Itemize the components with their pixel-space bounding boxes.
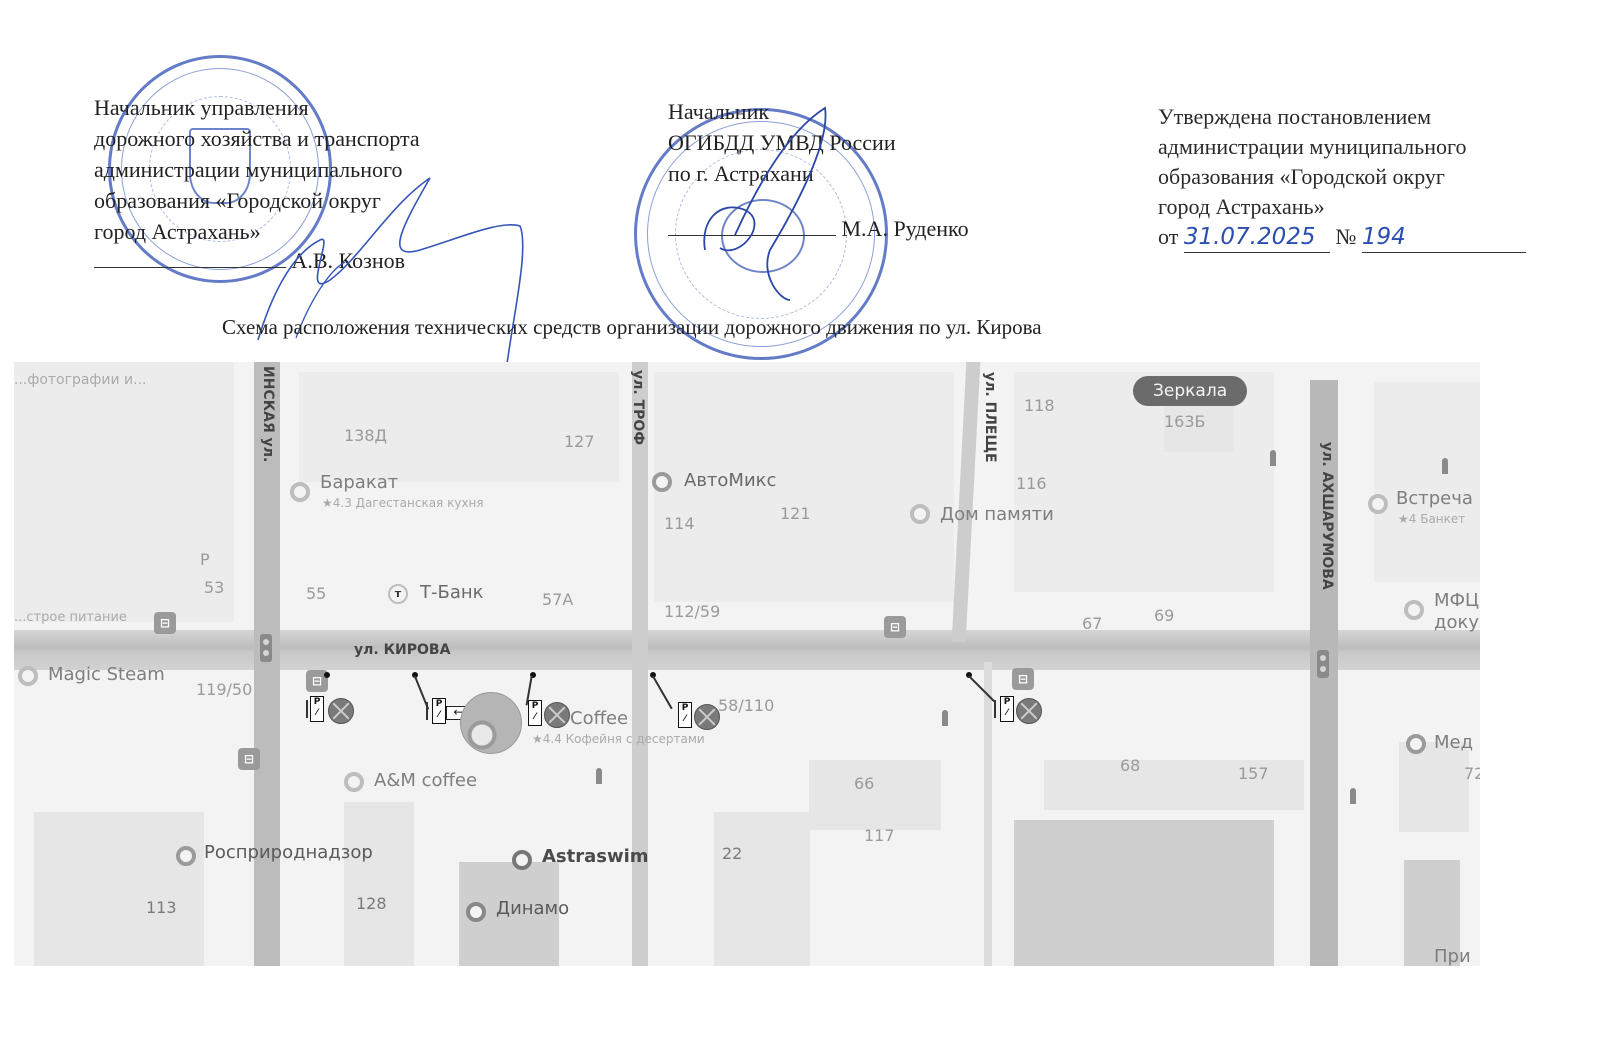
approval-line: образования «Городской округ bbox=[94, 185, 420, 216]
sign-group-3[interactable]: P⁄ bbox=[514, 670, 584, 720]
parking-sign-icon: P⁄ bbox=[528, 700, 542, 726]
barrier-icon bbox=[1350, 788, 1356, 804]
poi-vstrecha-rating: ★4 Банкет bbox=[1398, 512, 1465, 526]
sign-leader-line bbox=[652, 675, 672, 709]
poi-rosprirodnadzor[interactable]: Росприроднадзор bbox=[204, 842, 373, 863]
poi-am-coffee[interactable]: A&M coffee bbox=[374, 770, 477, 791]
house-number: 66 bbox=[854, 774, 874, 793]
cafe-icon[interactable] bbox=[344, 772, 364, 792]
no-parking-sign-icon bbox=[544, 702, 570, 728]
house-number: 127 bbox=[564, 432, 595, 451]
house-number: 117 bbox=[864, 826, 895, 845]
street-label-pleshe: ул. ПЛЕЩЕ bbox=[982, 372, 998, 463]
sign-location-pin bbox=[324, 672, 330, 678]
poi-magic-steam[interactable]: Magic Steam bbox=[48, 664, 165, 685]
memorial-icon[interactable] bbox=[910, 504, 930, 524]
government-icon[interactable] bbox=[1404, 600, 1424, 620]
approval-line: город Астрахань» bbox=[1158, 192, 1526, 222]
house-number: 114 bbox=[664, 514, 695, 533]
laundry-icon[interactable] bbox=[18, 666, 38, 686]
building bbox=[1399, 742, 1469, 832]
resolution-date: 31.07.2025 bbox=[1184, 222, 1330, 253]
car-service-icon[interactable] bbox=[652, 472, 672, 492]
bus-stop-icon[interactable]: ⊟ bbox=[154, 612, 176, 634]
building bbox=[1374, 382, 1480, 582]
house-number: 128 bbox=[356, 894, 387, 913]
traffic-light-icon[interactable] bbox=[1317, 650, 1329, 678]
medical-icon[interactable] bbox=[1406, 734, 1426, 754]
house-number: 69 bbox=[1154, 606, 1174, 625]
parking-sign-icon: P⁄ bbox=[1000, 696, 1014, 722]
edge-text: ...строе питание bbox=[14, 610, 127, 625]
number-prefix: № bbox=[1335, 224, 1356, 249]
house-number: 113 bbox=[146, 898, 177, 917]
house-number: 121 bbox=[780, 504, 811, 523]
signer-name: А.В. Кознов bbox=[292, 248, 406, 273]
approval-line: образования «Городской округ bbox=[1158, 162, 1526, 192]
mirrors-badge[interactable]: Зеркала bbox=[1133, 376, 1247, 406]
house-number: 55 bbox=[306, 584, 326, 603]
house-number: 118 bbox=[1024, 396, 1055, 415]
signer-name: М.А. Руденко bbox=[842, 216, 969, 241]
approval-line: Начальник bbox=[668, 96, 969, 127]
barrier-icon bbox=[1442, 458, 1448, 474]
approval-line: администрации муниципального bbox=[1158, 132, 1526, 162]
street-label-trof: ул. ТРОФ bbox=[630, 370, 646, 445]
poi-vstrecha[interactable]: Встреча bbox=[1396, 488, 1473, 509]
house-number: 138Д bbox=[344, 426, 387, 445]
sign-post bbox=[306, 700, 308, 718]
approval-line: город Астрахань» bbox=[94, 216, 420, 247]
signature-line bbox=[668, 235, 836, 236]
approval-gibdd: Начальник ОГИБДД УМВД России по г. Астра… bbox=[668, 96, 969, 244]
approval-resolution: Утверждена постановлением администрации … bbox=[1158, 102, 1526, 253]
street-map[interactable]: ИНСКАЯ ул. ул. ТРОФ ул. ПЛЕЩЕ ул. АХШАРУ… bbox=[14, 362, 1480, 966]
building bbox=[1014, 820, 1274, 966]
poi-coffee-rating: ★4.4 Кофейня с десертами bbox=[532, 732, 705, 746]
date-prefix: от bbox=[1158, 224, 1178, 249]
sign-group-4[interactable]: P⁄ bbox=[650, 670, 720, 720]
house-number: 58/110 bbox=[718, 696, 774, 715]
poi-dinamo[interactable]: Динамо bbox=[496, 898, 569, 919]
poi-mfc[interactable]: МФЦ bbox=[1434, 590, 1479, 611]
no-parking-sign-icon bbox=[1016, 698, 1042, 724]
sign-post bbox=[426, 702, 428, 720]
signature-line bbox=[94, 267, 286, 268]
edge-text: ...фотографии и... bbox=[14, 372, 147, 388]
sign-group-1[interactable]: P⁄ bbox=[304, 670, 374, 720]
restaurant-icon[interactable] bbox=[290, 482, 310, 502]
poi-med[interactable]: Мед bbox=[1434, 732, 1473, 753]
approval-line: дорожного хозяйства и транспорта bbox=[94, 123, 420, 154]
document-title: Схема расположения технических средств о… bbox=[222, 315, 1042, 340]
building bbox=[344, 802, 414, 966]
parking-sign-icon: P⁄ bbox=[678, 702, 692, 728]
poi-astraswim[interactable]: Astraswim bbox=[542, 846, 649, 867]
poi-avtomiks[interactable]: АвтоМикс bbox=[684, 470, 776, 491]
sign-post bbox=[994, 700, 996, 718]
flag-icon[interactable] bbox=[176, 846, 196, 866]
house-number: 157 bbox=[1238, 764, 1269, 783]
approval-line: Начальник управления bbox=[94, 92, 420, 123]
building bbox=[34, 812, 204, 966]
shop-icon[interactable] bbox=[512, 850, 532, 870]
approval-line: администрации муниципального bbox=[94, 154, 420, 185]
house-number: 119/50 bbox=[196, 680, 252, 699]
barrier-icon bbox=[942, 710, 948, 726]
road-trof bbox=[632, 362, 648, 966]
poi-pri[interactable]: При bbox=[1434, 946, 1471, 966]
building bbox=[809, 760, 941, 830]
no-parking-sign-icon bbox=[694, 704, 720, 730]
bus-stop-icon[interactable]: ⊟ bbox=[884, 616, 906, 638]
sign-leader-line bbox=[968, 675, 995, 702]
approval-line: ОГИБДД УМВД России bbox=[668, 127, 969, 158]
approval-road-administration: Начальник управления дорожного хозяйства… bbox=[94, 92, 420, 276]
house-number: 72 bbox=[1464, 764, 1480, 783]
cafe-photo-marker[interactable] bbox=[460, 692, 522, 754]
poi-t-bank[interactable]: Т-Банк bbox=[420, 582, 484, 603]
approval-line: по г. Астрахани bbox=[668, 158, 969, 189]
bank-icon[interactable]: т bbox=[388, 584, 408, 604]
barrier-icon bbox=[1270, 450, 1276, 466]
poi-barakat[interactable]: Баракат bbox=[320, 472, 398, 493]
street-label-inskaya: ИНСКАЯ ул. bbox=[260, 366, 276, 462]
traffic-light-icon[interactable] bbox=[260, 634, 272, 662]
house-number: 53 bbox=[204, 578, 224, 597]
street-label-akhsharumova: ул. АХШАРУМОВА bbox=[1319, 442, 1335, 590]
street-label-kirova: ул. КИРОВА bbox=[354, 642, 450, 658]
house-number: 22 bbox=[722, 844, 742, 863]
building bbox=[714, 812, 810, 966]
house-number: 116 bbox=[1016, 474, 1047, 493]
no-parking-sign-icon bbox=[328, 698, 354, 724]
sports-icon[interactable] bbox=[466, 902, 486, 922]
parking-letter: Р bbox=[200, 550, 210, 569]
sign-group-5[interactable]: P⁄ bbox=[966, 670, 1036, 720]
approval-line: Утверждена постановлением bbox=[1158, 102, 1526, 132]
house-number: 68 bbox=[1120, 756, 1140, 775]
poi-barakat-rating: ★4.3 Дагестанская кухня bbox=[322, 496, 484, 510]
house-number: 163Б bbox=[1164, 412, 1206, 431]
road-pleshe bbox=[952, 362, 981, 642]
banquet-icon[interactable] bbox=[1368, 494, 1388, 514]
poi-dom-pamyati[interactable]: Дом памяти bbox=[940, 504, 1054, 525]
barrier-icon bbox=[596, 768, 602, 784]
poi-mfc-sub: доку bbox=[1434, 612, 1479, 633]
resolution-number: 194 bbox=[1362, 222, 1526, 253]
house-number: 112/59 bbox=[664, 602, 720, 621]
house-number: 57А bbox=[542, 590, 573, 609]
parking-sign-icon: P⁄ bbox=[310, 696, 324, 722]
bus-stop-icon[interactable]: ⊟ bbox=[238, 748, 260, 770]
house-number: 67 bbox=[1082, 614, 1102, 633]
parking-sign-icon: P⁄ bbox=[432, 698, 446, 724]
building bbox=[14, 362, 234, 622]
road-kirova bbox=[14, 630, 1480, 670]
